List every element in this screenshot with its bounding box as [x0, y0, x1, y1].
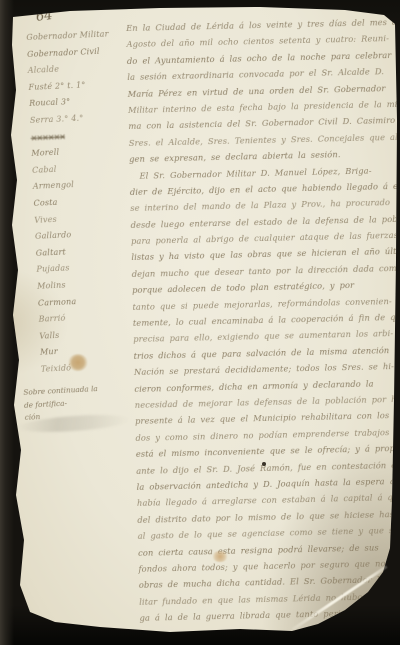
ink-blot — [262, 462, 266, 466]
photo-backdrop: 64 Gobernador MilitarGobernador CivilAlc… — [0, 0, 400, 645]
manuscript-page: 64 Gobernador MilitarGobernador CivilAlc… — [0, 0, 400, 645]
body-text: En la Ciudad de Lérida á los veinte y tr… — [126, 14, 400, 626]
attendees-margin-list: Gobernador MilitarGobernador CivilAlcald… — [26, 26, 143, 379]
page-number: 64 — [35, 8, 53, 25]
margin-attendee-name: Teixidó — [40, 357, 143, 378]
